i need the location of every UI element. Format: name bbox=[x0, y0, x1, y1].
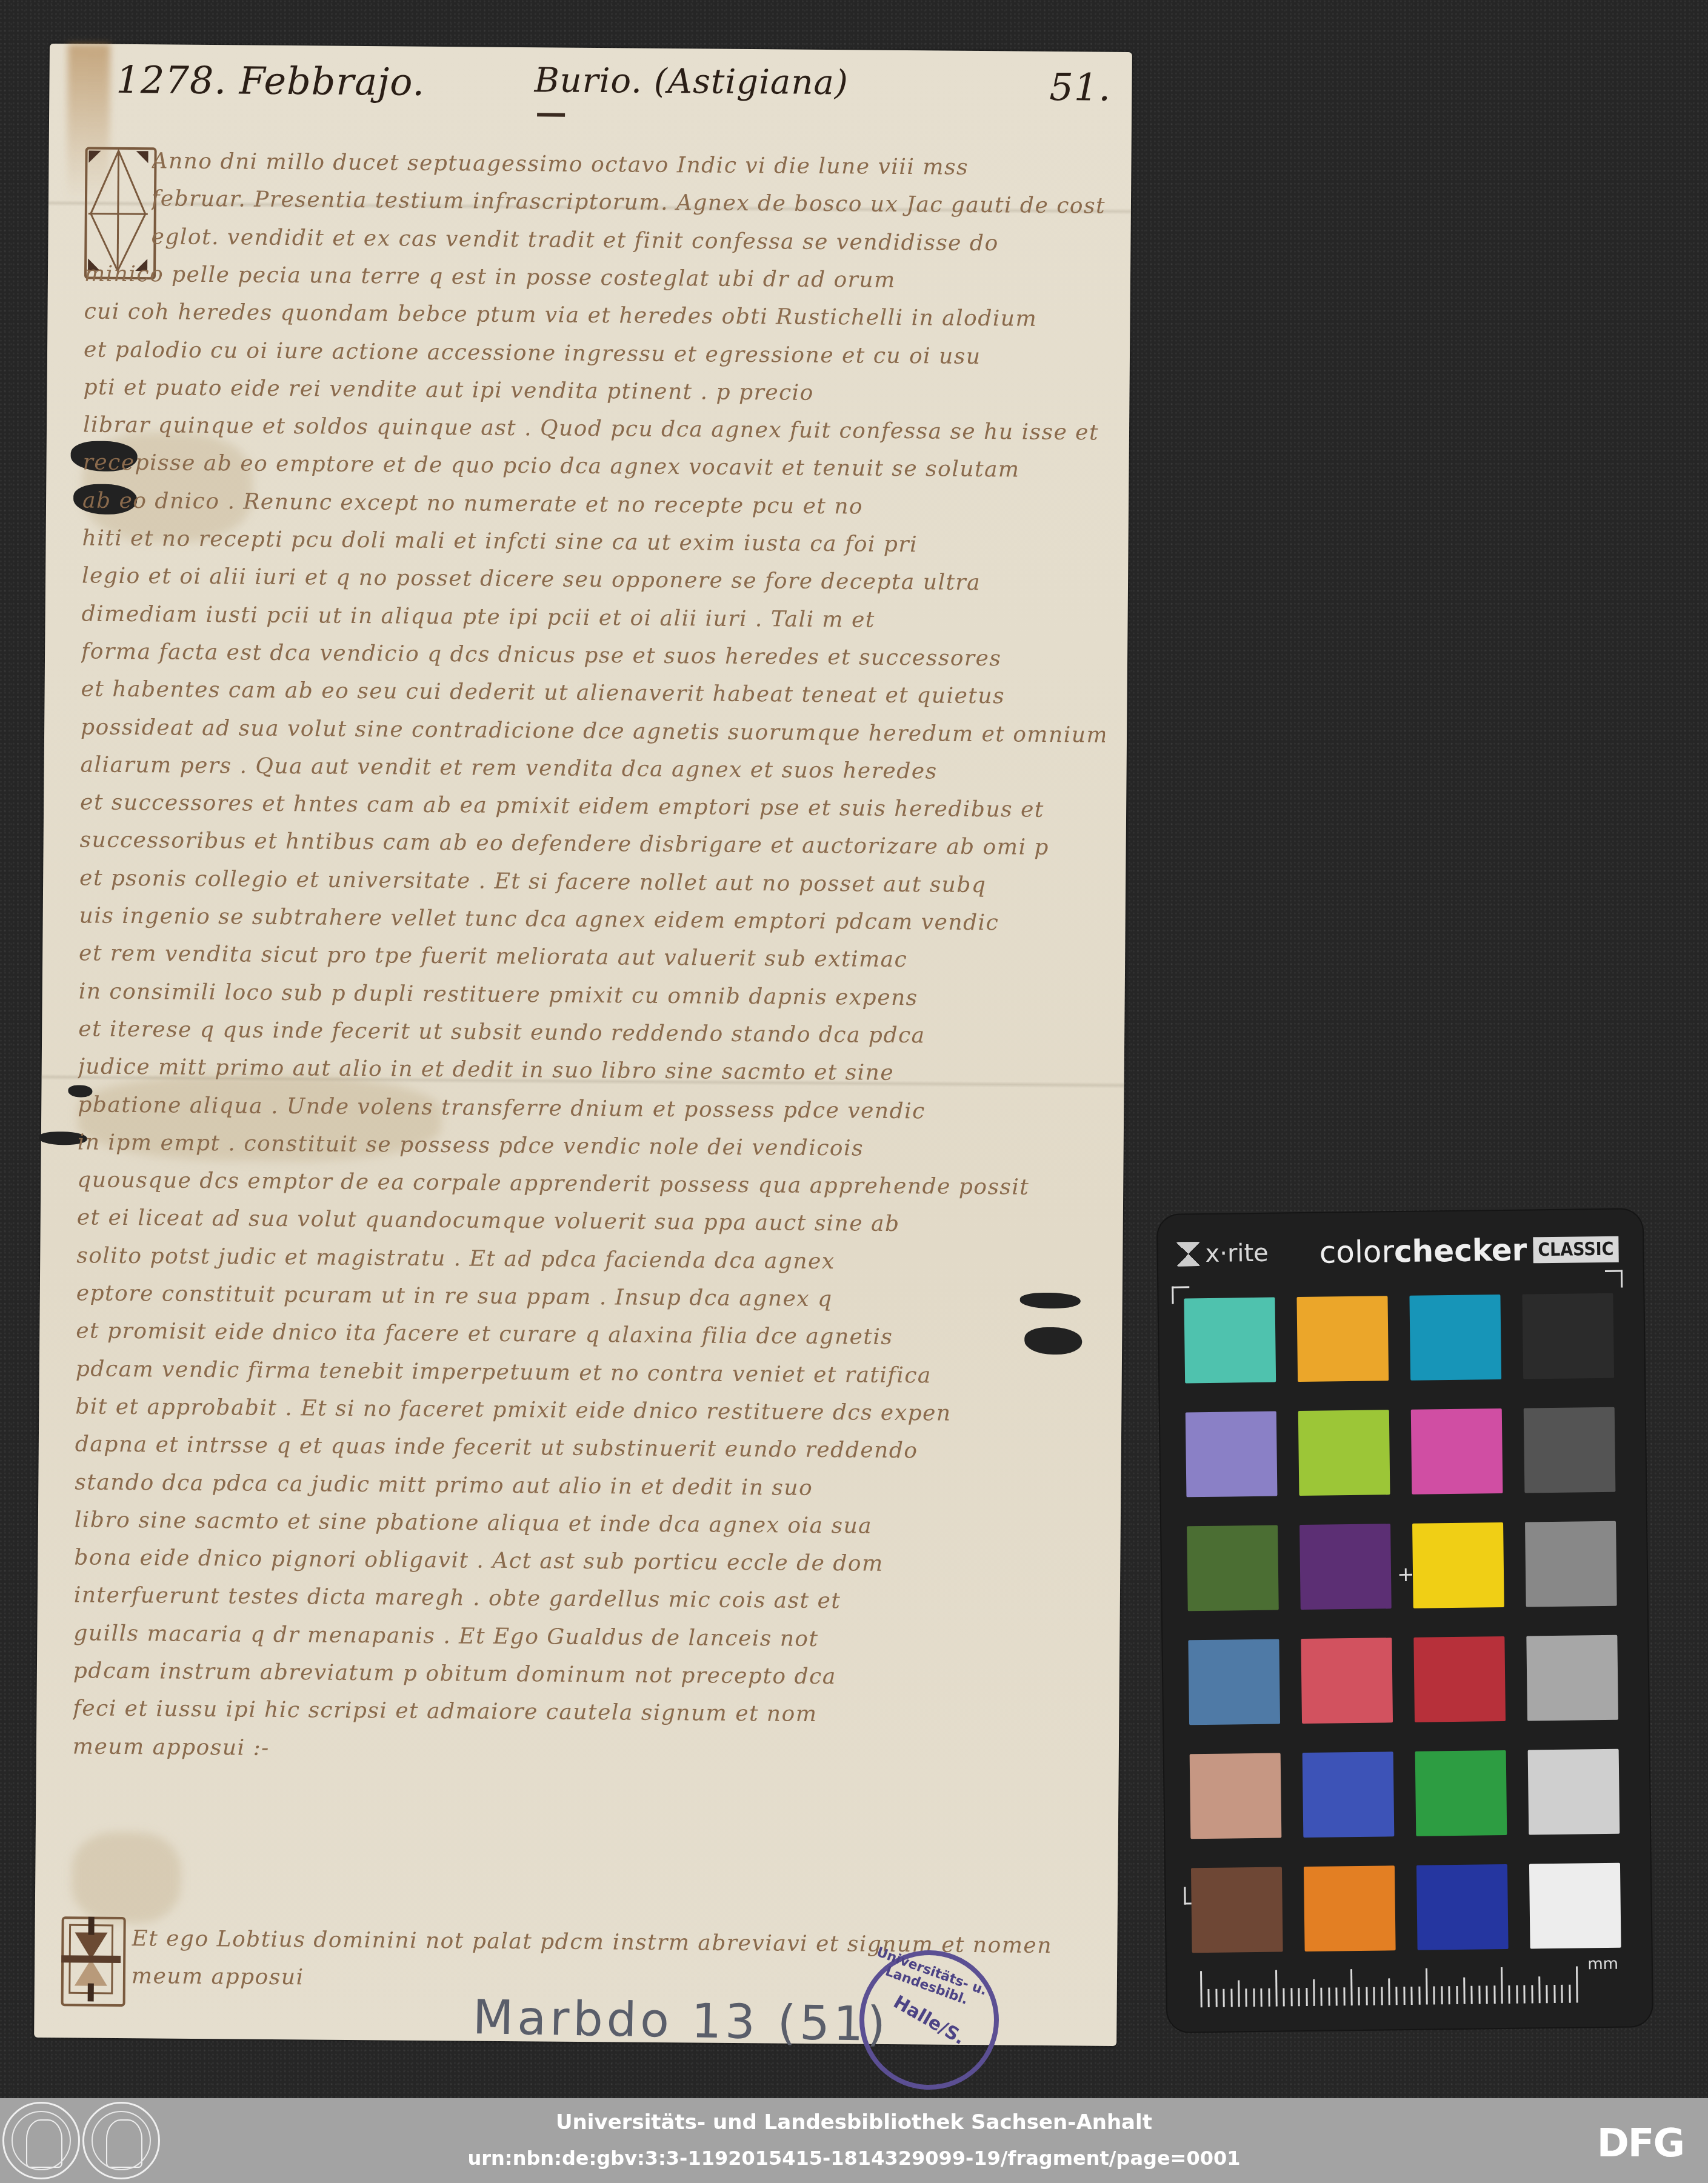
ruler-tick bbox=[1441, 1986, 1443, 2004]
color-patch bbox=[1184, 1298, 1276, 1384]
scan-image: 1278. Febbrajo. Burio. (Astigiana) 51. A… bbox=[0, 0, 1708, 2098]
color-patch bbox=[1412, 1522, 1504, 1608]
color-patch bbox=[1526, 1635, 1618, 1721]
ruler-tick bbox=[1350, 1969, 1353, 2005]
ruler-tick bbox=[1200, 1971, 1203, 2007]
ruler-tick bbox=[1538, 1976, 1541, 2003]
color-patch bbox=[1524, 1407, 1616, 1493]
color-patch bbox=[1298, 1410, 1390, 1496]
ruler-tick bbox=[1275, 1970, 1278, 2007]
color-patch bbox=[1522, 1293, 1614, 1379]
xrite-logo-icon bbox=[1176, 1242, 1200, 1266]
title-bold: checker bbox=[1394, 1232, 1527, 1269]
mm-ruler: mm bbox=[1200, 1960, 1589, 2007]
color-patch bbox=[1191, 1867, 1283, 1953]
ruler-tick bbox=[1396, 1987, 1398, 2005]
color-patch-grid bbox=[1184, 1293, 1627, 1905]
classic-badge: CLASSIC bbox=[1533, 1236, 1619, 1263]
manuscript-line: februar. Presentia testium infrascriptor… bbox=[152, 181, 1109, 226]
ruler-tick bbox=[1531, 1985, 1533, 2003]
title-light: color bbox=[1319, 1234, 1395, 1270]
ruler-tick bbox=[1463, 1978, 1466, 2004]
color-patch bbox=[1415, 1750, 1507, 1836]
color-patch bbox=[1411, 1408, 1503, 1495]
color-patch bbox=[1299, 1524, 1392, 1610]
manuscript-line: meum apposui :- bbox=[73, 1728, 1097, 1774]
xrite-brand: x·rite bbox=[1176, 1239, 1269, 1268]
ruler-tick bbox=[1509, 1985, 1510, 2004]
ruler-tick bbox=[1358, 1987, 1360, 2005]
ruler-unit-label: mm bbox=[1587, 1955, 1618, 1974]
ruler-tick bbox=[1561, 1985, 1563, 2003]
water-stain bbox=[72, 1831, 181, 1923]
ruler-tick bbox=[1328, 1988, 1330, 2006]
manuscript-text: Anno dni millo ducet septuagessimo octav… bbox=[151, 142, 1109, 263]
ruler-tick bbox=[1576, 1967, 1578, 2003]
ruler-tick bbox=[1290, 1988, 1292, 2006]
ruler-tick bbox=[1449, 1986, 1450, 2004]
ruler-tick bbox=[1524, 1985, 1526, 2004]
color-patch bbox=[1190, 1753, 1282, 1839]
archival-number-note: 51. bbox=[1049, 65, 1111, 110]
ruler-tick bbox=[1381, 1987, 1383, 2005]
color-patch bbox=[1301, 1638, 1393, 1724]
ruler-tick bbox=[1553, 1985, 1555, 2003]
color-patch bbox=[1416, 1864, 1509, 1950]
ruler-tick bbox=[1261, 1988, 1263, 2007]
institution-name: Universitäts- und Landesbibliothek Sachs… bbox=[0, 2110, 1708, 2135]
ruler-tick bbox=[1223, 1989, 1225, 2007]
color-patch bbox=[1525, 1521, 1617, 1607]
color-patch bbox=[1296, 1296, 1389, 1382]
color-patch bbox=[1529, 1863, 1621, 1949]
ruler-tick bbox=[1569, 1985, 1570, 2003]
ruler-tick bbox=[1268, 1988, 1270, 2007]
ruler-tick bbox=[1208, 1989, 1210, 2007]
ruler-tick bbox=[1283, 1988, 1285, 2006]
ruler-tick bbox=[1516, 1985, 1518, 2004]
ruler-tick bbox=[1246, 1988, 1247, 2007]
ruler-tick bbox=[1471, 1986, 1473, 2004]
ruler-tick bbox=[1343, 1987, 1345, 2005]
ruler-tick bbox=[1298, 1988, 1300, 2006]
ruler-tick bbox=[1215, 1989, 1217, 2007]
shelfmark: Marbdo 13 (51) bbox=[472, 1990, 889, 2052]
manuscript-text: minico pelle pecia una terre q est in po… bbox=[73, 255, 1109, 1773]
ruler-tick bbox=[1373, 1987, 1375, 2005]
color-patch bbox=[1186, 1411, 1278, 1498]
color-patch bbox=[1188, 1639, 1280, 1725]
ruler-tick bbox=[1411, 1987, 1413, 2005]
ruler-tick bbox=[1493, 1985, 1495, 2004]
color-patch bbox=[1187, 1525, 1279, 1611]
notary-signum-icon bbox=[61, 1916, 126, 2007]
ruler-tick bbox=[1418, 1987, 1420, 2005]
ruler-tick bbox=[1456, 1986, 1458, 2004]
ruler-tick bbox=[1306, 1988, 1307, 2006]
library-stamp: Universitäts- u. Landesbibl. Halle/S. bbox=[859, 1950, 999, 2090]
urn-identifier: urn:nbn:de:gbv:3:3-1192015415-1814329099… bbox=[0, 2147, 1708, 2170]
ruler-tick bbox=[1546, 1985, 1548, 2003]
ruler-tick bbox=[1426, 1968, 1428, 2005]
underline-mark bbox=[537, 113, 565, 116]
ruler-tick bbox=[1478, 1986, 1480, 2004]
manuscript-parchment: 1278. Febbrajo. Burio. (Astigiana) 51. A… bbox=[34, 44, 1132, 2046]
xrite-label: x·rite bbox=[1205, 1239, 1269, 1268]
ruler-tick bbox=[1321, 1988, 1323, 2006]
color-patch bbox=[1409, 1295, 1501, 1381]
color-patch bbox=[1413, 1636, 1506, 1722]
viewer-footer: Universitäts- und Landesbibliothek Sachs… bbox=[0, 2098, 1708, 2183]
archival-date-note: 1278. Febbrajo. bbox=[116, 58, 425, 104]
ruler-tick bbox=[1366, 1987, 1367, 2005]
ruler-tick bbox=[1238, 1980, 1240, 2007]
ruler-tick bbox=[1388, 1978, 1390, 2005]
color-patch bbox=[1303, 1751, 1395, 1838]
colorchecker-title: color checker CLASSIC bbox=[1319, 1231, 1619, 1270]
dfg-logo-icon: DFG bbox=[1597, 2121, 1684, 2166]
ruler-tick bbox=[1313, 1979, 1315, 2006]
color-checker-card: x·rite color checker CLASSIC + mm bbox=[1158, 1209, 1652, 2032]
ruler-tick bbox=[1486, 1985, 1488, 2004]
ruler-tick bbox=[1501, 1967, 1503, 2004]
ruler-tick bbox=[1403, 1987, 1405, 2005]
color-patch bbox=[1304, 1865, 1396, 1951]
ruler-tick bbox=[1433, 1986, 1435, 2004]
archival-place-note: Burio. (Astigiana) bbox=[534, 61, 849, 102]
ruler-tick bbox=[1336, 1987, 1338, 2005]
color-patch bbox=[1528, 1749, 1620, 1835]
ruler-tick bbox=[1230, 1989, 1232, 2007]
registration-corner-icon bbox=[1605, 1270, 1623, 1288]
ruler-tick bbox=[1253, 1988, 1255, 2007]
